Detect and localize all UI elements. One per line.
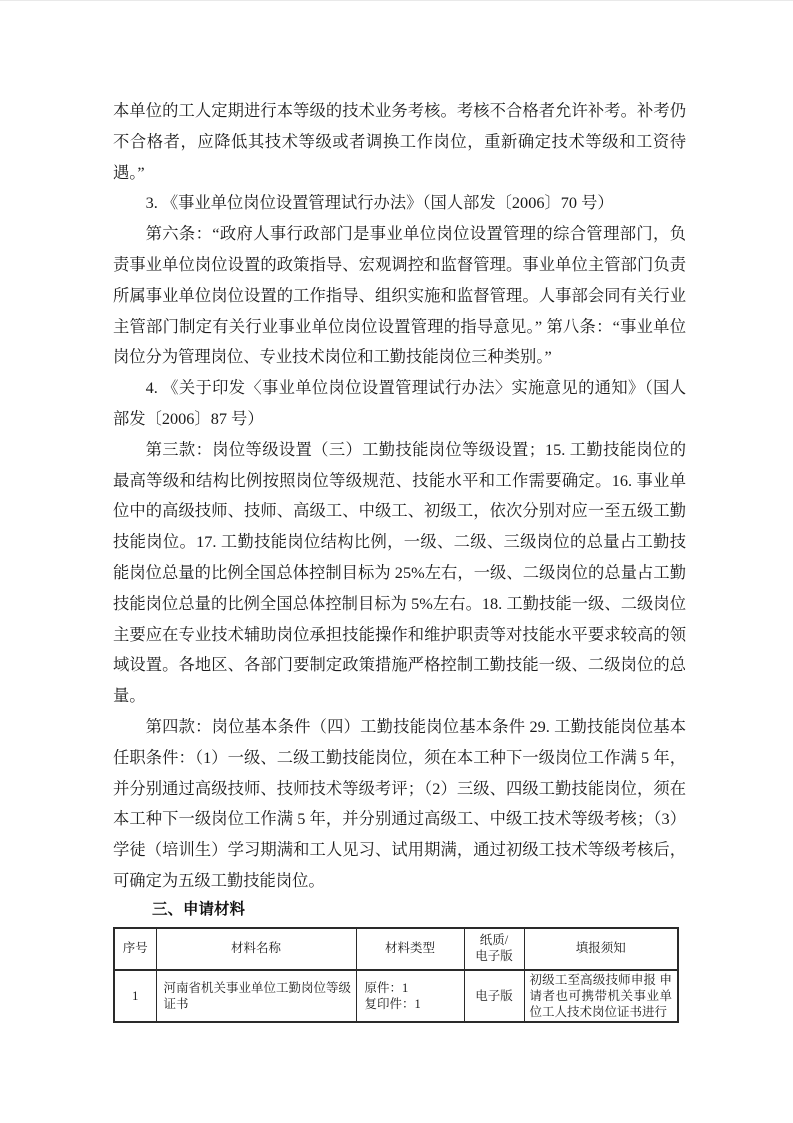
header-paper-or-electronic-line2: 电子版 — [467, 949, 522, 965]
header-index: 序号 — [114, 928, 156, 970]
body-paragraph: 第三款：岗位等级设置（三）工勤技能岗位等级设置；15. 工勤技能岗位的最高等级和… — [113, 435, 686, 712]
table-row: 1 河南省机关事业单位工勤岗位等级证书 原件：1 复印件：1 电子版 初级工至高… — [114, 970, 678, 1023]
header-paper-or-electronic-line1: 纸质/ — [467, 933, 522, 949]
header-material-type: 材料类型 — [356, 928, 464, 970]
cell-filing-notes: 初级工至高级技师申报 申请者也可携带机关事业单位工人技术岗位证书进行 — [524, 970, 678, 1023]
cell-index: 1 — [114, 970, 156, 1023]
materials-table: 序号 材料名称 材料类型 纸质/ 电子版 填报须知 1 河南省机关事业单位工勤岗… — [113, 927, 679, 1024]
header-material-name: 材料名称 — [156, 928, 356, 970]
table-header-row: 序号 材料名称 材料类型 纸质/ 电子版 填报须知 — [114, 928, 678, 970]
cell-material-type-line1: 原件：1 — [365, 980, 461, 996]
section-heading-application-materials: 三、申请材料 — [152, 900, 686, 920]
cell-material-type: 原件：1 复印件：1 — [356, 970, 464, 1023]
body-paragraph: 第六条：“政府人事行政部门是事业单位岗位设置管理的综合管理部门，负责事业单位岗位… — [113, 219, 686, 373]
document-page: 本单位的工人定期进行本等级的技术业务考核。考核不合格者允许补考。补考仍不合格者，… — [0, 1, 793, 1123]
document-body: 本单位的工人定期进行本等级的技术业务考核。考核不合格者允许补考。补考仍不合格者，… — [113, 96, 686, 897]
body-paragraph: 4. 《关于印发〈事业单位岗位设置管理试行办法〉实施意见的通知》（国人部发〔20… — [113, 373, 686, 435]
cell-material-name: 河南省机关事业单位工勤岗位等级证书 — [156, 970, 356, 1023]
body-paragraph: 第四款：岗位基本条件（四）工勤技能岗位基本条件 29. 工勤技能岗位基本任职条件… — [113, 712, 686, 897]
header-filing-notes: 填报须知 — [524, 928, 678, 970]
header-paper-or-electronic: 纸质/ 电子版 — [464, 928, 524, 970]
cell-paper-or-electronic: 电子版 — [464, 970, 524, 1023]
body-paragraph: 3. 《事业单位岗位设置管理试行办法》（国人部发〔2006〕70 号） — [113, 188, 686, 219]
body-paragraph: 本单位的工人定期进行本等级的技术业务考核。考核不合格者允许补考。补考仍不合格者，… — [113, 96, 686, 188]
materials-table-header: 序号 材料名称 材料类型 纸质/ 电子版 填报须知 — [114, 928, 678, 970]
cell-material-type-line2: 复印件：1 — [365, 996, 461, 1012]
